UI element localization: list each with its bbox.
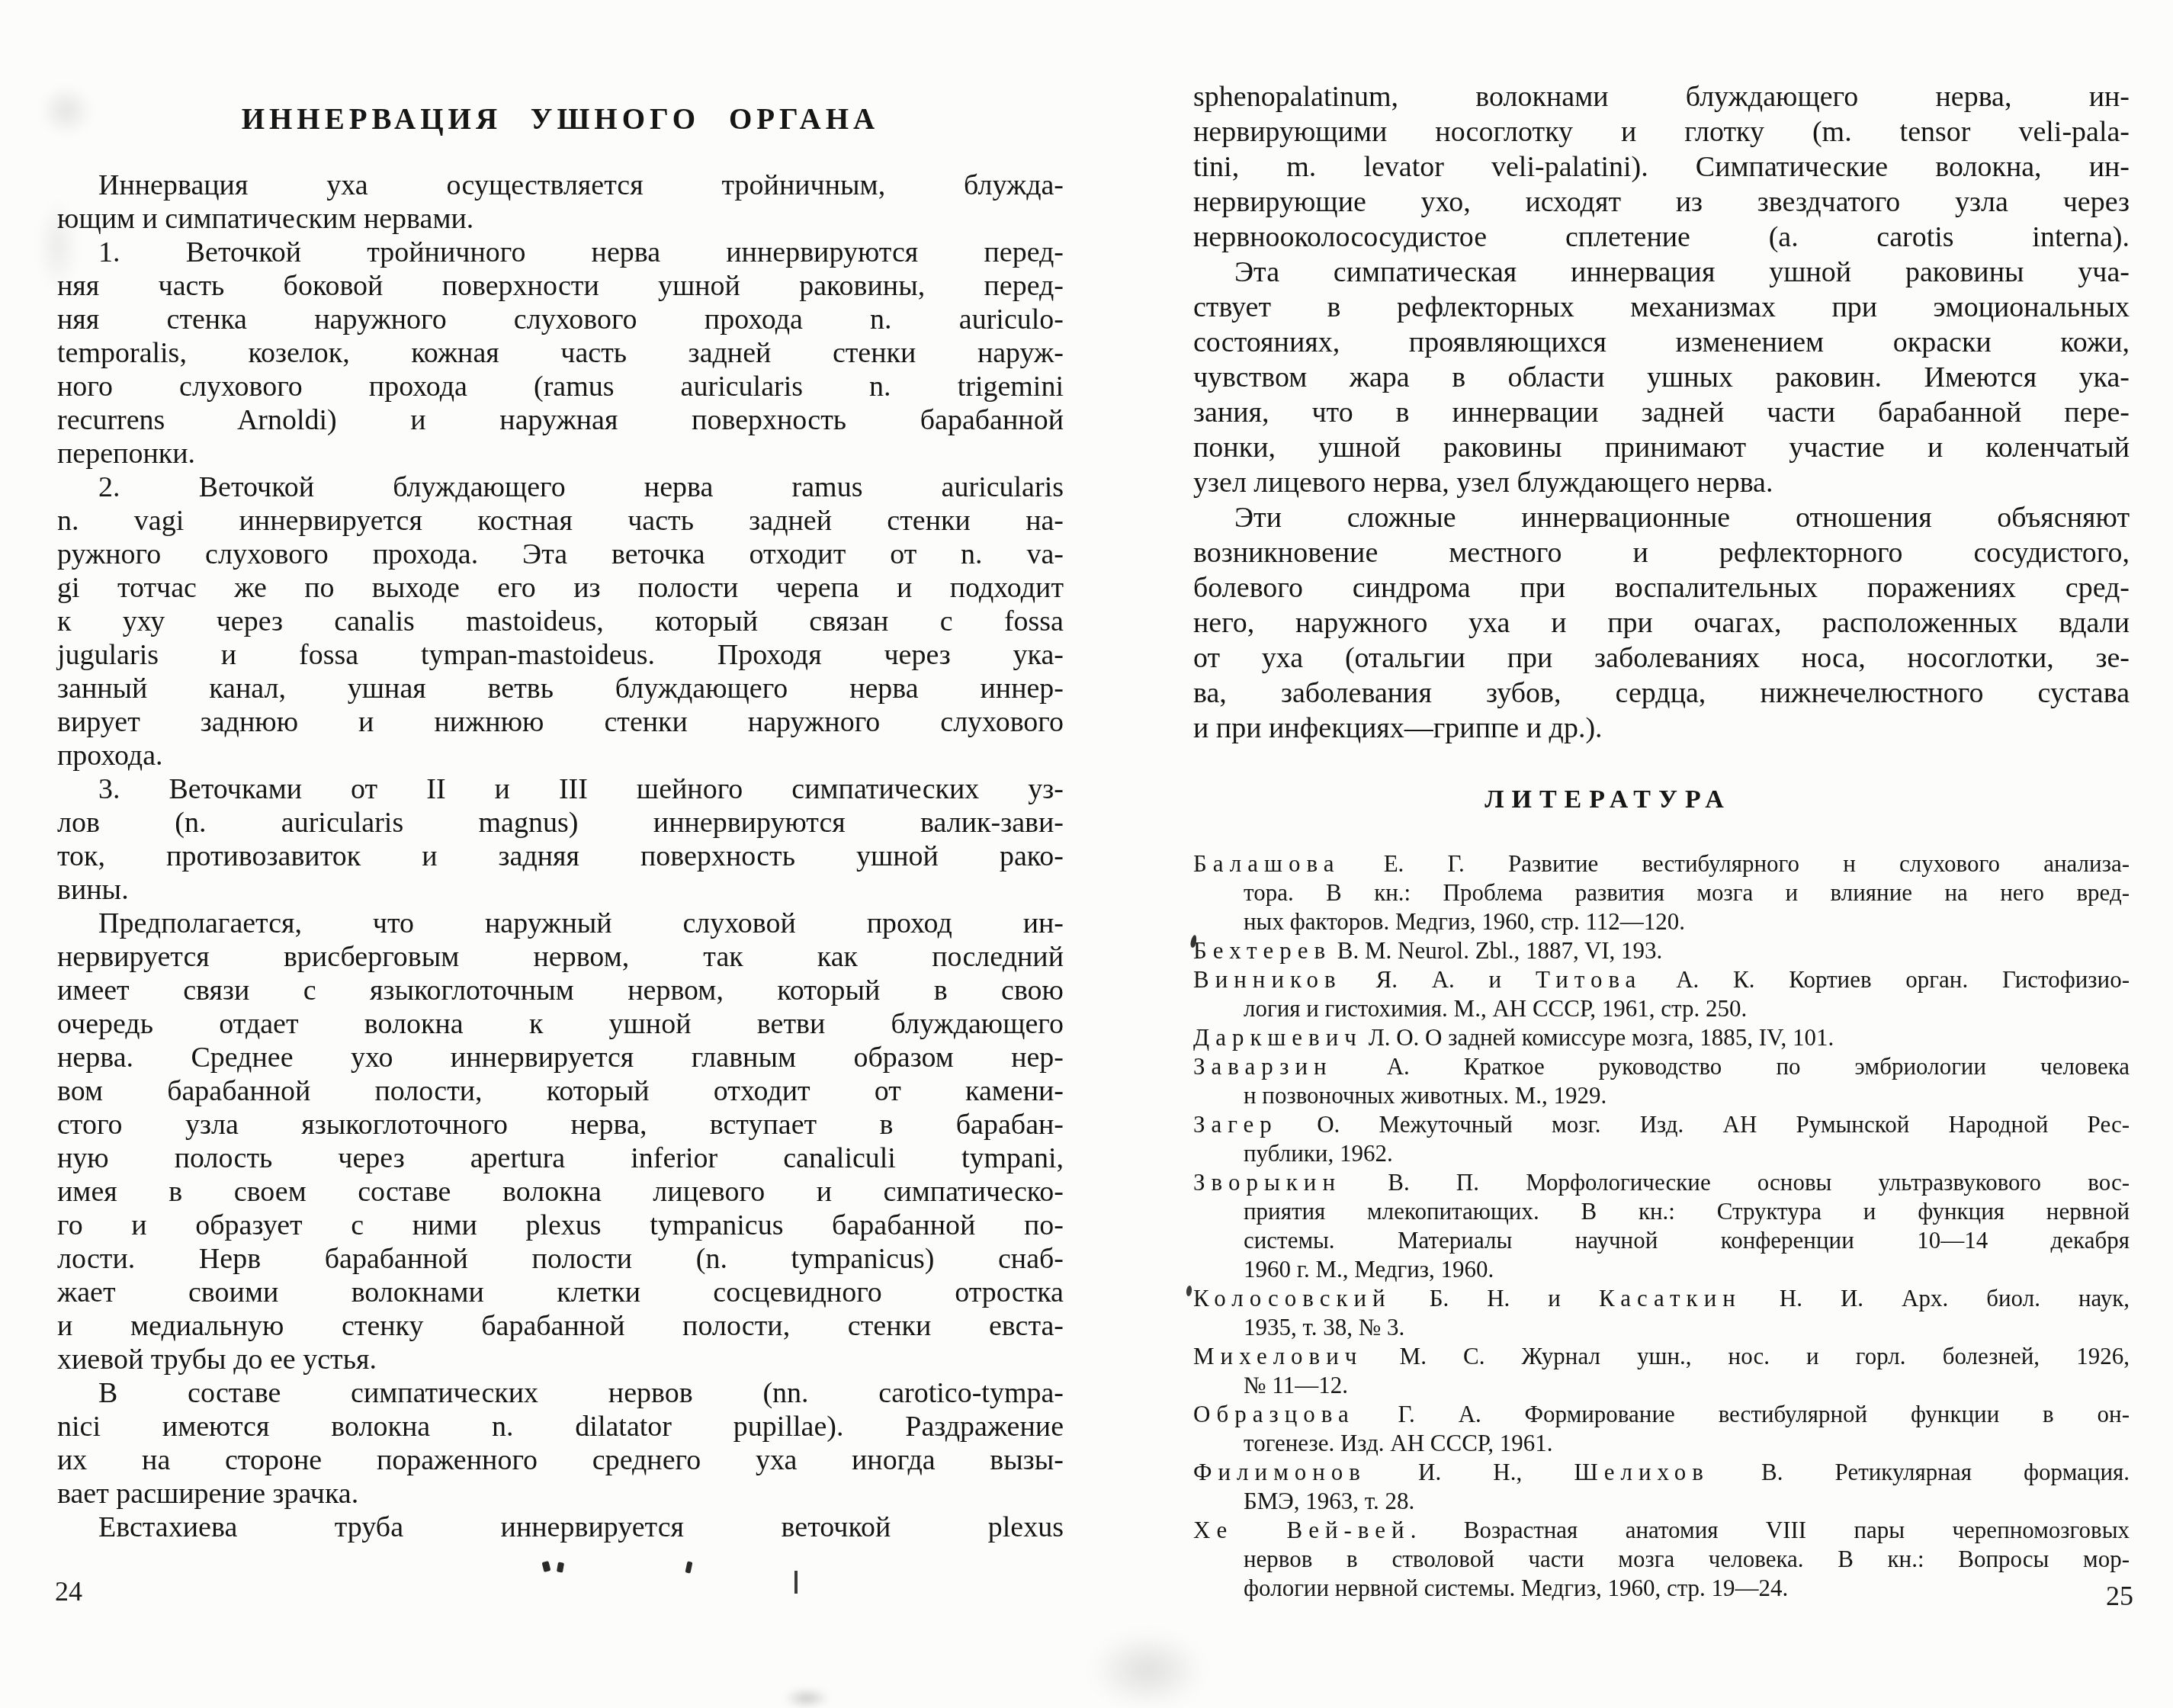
text-line: имеет связи с языкоглоточным нервом, кот… [57, 974, 1064, 1007]
text-line: Даркшевич Л. О. О задней комиссуре мозга… [1193, 1023, 2130, 1052]
page-number-left: 24 [55, 1575, 82, 1607]
text-line: 1. Веточкой тройничного нерва иннервирую… [57, 236, 1064, 269]
text-segment: возникновение местного и рефлекторного с… [1193, 537, 2130, 569]
text-line: публики, 1962. [1193, 1139, 2130, 1168]
text-segment: вает расширение зрачка. [57, 1478, 358, 1510]
text-line: ную полость через apertura inferior cana… [57, 1141, 1064, 1175]
text-segment: Я. А. и [1342, 966, 1536, 993]
text-line: ток, противозавиток и задняя поверхность… [57, 840, 1064, 873]
text-segment: sphenopalatinum, волокнами блуждающего н… [1193, 81, 2130, 113]
text-segment: 2. Веточкой блуждающего нерва ramus auri… [98, 471, 1064, 503]
text-segment: recurrens Arnoldi) и наружная поверхност… [57, 404, 1064, 436]
text-line: БМЭ, 1963, т. 28. [1193, 1487, 2130, 1516]
text-line: вирует заднюю и нижнюю стенки наружного … [57, 705, 1064, 739]
text-segment: прохода. [57, 740, 163, 772]
text-segment: Эти сложные иннервационные отношения объ… [1234, 502, 2130, 534]
text-segment: приятия млекопитающих. В кн.: Структура … [1244, 1198, 2130, 1225]
text-segment: 1960 г. М., Медгиз, 1960. [1244, 1256, 1494, 1283]
text-line: recurrens Arnoldi) и наружная поверхност… [57, 403, 1064, 437]
text-segment: узел лицевого нерва, узел блуждающего не… [1193, 467, 1773, 499]
text-segment: . Возрастная анатомия VIII пары черепном… [1411, 1517, 2130, 1543]
text-segment: зания, что в иннервации задней части бар… [1193, 396, 2130, 429]
text-segment: и при инфекциях—гриппе и др.). [1193, 712, 1603, 744]
text-line: жает своими волокнами клетки сосцевидног… [57, 1276, 1064, 1309]
text-segment: 3. Веточками от II и III шейного симпати… [98, 773, 1064, 805]
text-segment: № 11—12. [1244, 1372, 1348, 1398]
text-segment: нервнооколососудистое сплетение (a. caro… [1193, 221, 2130, 253]
text-line: болевого синдрома при воспалительных пор… [1193, 570, 2130, 605]
author-name: Хе Вей-вей [1193, 1517, 1411, 1543]
text-line: стого узла языкоглоточного нерва, вступа… [57, 1108, 1064, 1141]
text-segment: хиевой трубы до ее устья. [57, 1344, 377, 1376]
left-page: ИННЕРВАЦИЯ УШНОГО ОРГАНА Иннервация уха … [57, 102, 1064, 1544]
text-segment: го и образует с ними plexus tympanicus б… [57, 1209, 1064, 1241]
text-segment: n. vagi иннервируется костная часть задн… [57, 505, 1064, 537]
text-line: nici имеются волокна n. dilatator pupill… [57, 1410, 1064, 1443]
text-segment: нервов в стволовой части мозга человека.… [1244, 1546, 2130, 1572]
text-segment: вирует заднюю и нижнюю стенки наружного … [57, 706, 1064, 738]
book-spread: ИННЕРВАЦИЯ УШНОГО ОРГАНА Иннервация уха … [0, 0, 2173, 1708]
ink-speck [557, 1562, 564, 1572]
author-name: Балашова [1193, 850, 1340, 877]
text-segment: Г. А. Формирование вестибулярной функции… [1355, 1401, 2130, 1427]
author-name: Образцова [1193, 1401, 1355, 1427]
text-segment: 1935, т. 38, № 3. [1244, 1314, 1404, 1340]
text-segment: системы. Материалы научной конференции 1… [1244, 1227, 2130, 1254]
text-line: № 11—12. [1193, 1371, 2130, 1400]
text-line: нервирующие ухо, исходят из звездчатого … [1193, 185, 2130, 220]
text-segment: занный канал, ушная ветвь блуждающего не… [57, 673, 1064, 705]
text-segment: ружного слухового прохода. Эта веточка о… [57, 538, 1064, 570]
text-segment: tini, m. levator veli-palatini). Симпати… [1193, 151, 2130, 183]
text-segment: В. П. Морфологические основы ультразвуко… [1341, 1169, 2130, 1196]
text-segment: нервирующие ухо, исходят из звездчатого … [1193, 186, 2130, 218]
text-line: тогенезе. Изд. АН СССР, 1961. [1193, 1429, 2130, 1458]
author-name: Зворыкин [1193, 1169, 1341, 1196]
text-line: понки, ушной раковины принимают участие … [1193, 430, 2130, 465]
text-line: 1935, т. 38, № 3. [1193, 1313, 2130, 1342]
text-segment: ствует в рефлекторных механизмах при эмо… [1193, 291, 2130, 323]
text-segment: няя стенка наружного слухового прохода n… [57, 303, 1064, 335]
text-line: 2. Веточкой блуждающего нерва ramus auri… [57, 470, 1064, 504]
text-line: и медиальную стенку барабанной полости, … [57, 1309, 1064, 1343]
chapter-heading: ИННЕРВАЦИЯ УШНОГО ОРГАНА [57, 102, 1064, 136]
author-name: Касаткин [1599, 1285, 1741, 1311]
text-line: приятия млекопитающих. В кн.: Структура … [1193, 1197, 2130, 1226]
text-line: няя стенка наружного слухового прохода n… [57, 303, 1064, 336]
text-segment: В составе симпатических нервов (nn. caro… [98, 1377, 1064, 1409]
text-line: Евстахиева труба иннервируется веточкой … [57, 1511, 1064, 1544]
literature-heading: ЛИТЕРАТУРА [1193, 785, 2130, 814]
text-segment: очередь отдает волокна к ушной ветви блу… [57, 1008, 1064, 1040]
author-name: Шелихов [1574, 1459, 1709, 1485]
text-segment: gi тотчас же по выходе его из полости че… [57, 572, 1064, 604]
text-segment: Иннервация уха осуществляется тройничным… [98, 169, 1064, 201]
author-name: Титова [1536, 966, 1642, 993]
text-line: чувством жара в области ушных раковин. И… [1193, 360, 2130, 395]
text-line: занный канал, ушная ветвь блуждающего не… [57, 672, 1064, 705]
text-segment: ную полость через apertura inferior cana… [57, 1142, 1064, 1174]
text-line: Филимонов И. Н., Шелихов В. Ретикулярная… [1193, 1458, 2130, 1487]
text-line: tini, m. levator veli-palatini). Симпати… [1193, 149, 2130, 185]
text-segment: nici имеются волокна n. dilatator pupill… [57, 1411, 1064, 1443]
text-line: В составе симпатических нервов (nn. caro… [57, 1376, 1064, 1410]
text-line: sphenopalatinum, волокнами блуждающего н… [1193, 79, 2130, 114]
text-segment: лости. Нерв барабанной полости (n. tympa… [57, 1243, 1064, 1275]
text-line: лости. Нерв барабанной полости (n. tympa… [57, 1242, 1064, 1276]
text-line: ва, заболевания зубов, сердца, нижнечелю… [1193, 676, 2130, 711]
text-line: нервируется врисберговым нервом, так как… [57, 940, 1064, 974]
text-segment: нерва. Среднее ухо иннервируется главным… [57, 1042, 1064, 1074]
text-segment: публики, 1962. [1244, 1140, 1393, 1167]
text-segment: понки, ушной раковины принимают участие … [1193, 432, 2130, 464]
text-segment: нервирующими носоглотку и глотку (m. ten… [1193, 116, 2130, 148]
text-line: ружного слухового прохода. Эта веточка о… [57, 538, 1064, 571]
text-segment: нервируется врисберговым нервом, так как… [57, 941, 1064, 973]
text-line: него, наружного уха и при очагах, распол… [1193, 605, 2130, 640]
text-line: Балашова Е. Г. Развитие вестибулярного н… [1193, 849, 2130, 878]
text-line: Иннервация уха осуществляется тройничным… [57, 169, 1064, 202]
text-line: го и образует с ними plexus tympanicus б… [57, 1209, 1064, 1242]
text-segment: ющим и симпатическим нервами. [57, 203, 473, 235]
text-segment: Евстахиева труба иннервируется веточкой … [98, 1511, 1064, 1543]
text-segment: к уху через canalis mastoideus, который … [57, 605, 1064, 637]
text-segment: 1. Веточкой тройничного нерва иннервирую… [98, 236, 1064, 268]
author-name: Винников [1193, 966, 1342, 993]
text-segment: вины. [57, 874, 129, 906]
text-segment: их на стороне пораженного среднего уха и… [57, 1444, 1064, 1476]
text-segment: чувством жара в области ушных раковин. И… [1193, 361, 2130, 393]
text-line: перепонки. [57, 437, 1064, 470]
text-segment: ток, противозавиток и задняя поверхность… [57, 840, 1064, 872]
text-line: вом барабанной полости, который отходит … [57, 1074, 1064, 1108]
text-segment: Л. О. О задней комиссуре мозга, 1885, IV… [1363, 1024, 1834, 1051]
text-segment: Эта симпатическая иннервация ушной раков… [1234, 256, 2130, 288]
text-line: Заварзин А. Краткое руководство по эмбри… [1193, 1052, 2130, 1081]
text-line: temporalis, козелок, кожная часть задней… [57, 336, 1064, 370]
text-segment: ных факторов. Медгиз, 1960, стр. 112—120… [1244, 908, 1685, 935]
ink-speck [542, 1561, 551, 1572]
page-number-right: 25 [2074, 1580, 2133, 1612]
right-page: sphenopalatinum, волокнами блуждающего н… [1193, 79, 2130, 1603]
text-line: н позвоночных животных. М., 1929. [1193, 1081, 2130, 1110]
scan-smudge [784, 1688, 830, 1708]
text-line: 1960 г. М., Медгиз, 1960. [1193, 1255, 2130, 1284]
text-line: Зворыкин В. П. Морфологические основы ул… [1193, 1168, 2130, 1197]
text-segment: болевого синдрома при воспалительных пор… [1193, 572, 2130, 604]
text-line: очередь отдает волокна к ушной ветви блу… [57, 1007, 1064, 1041]
text-segment: логия и гистохимия. М., АН СССР, 1961, с… [1244, 995, 1747, 1022]
text-line: Эти сложные иннервационные отношения объ… [1193, 500, 2130, 535]
text-line: няя часть боковой поверхности ушной рако… [57, 269, 1064, 303]
text-line: Колосовский Б. Н. и Касаткин Н. И. Арх. … [1193, 1284, 2130, 1313]
text-segment: А. К. Кортиев орган. Гистофизио- [1642, 966, 2130, 993]
text-line: Винников Я. А. и Титова А. К. Кортиев ор… [1193, 965, 2130, 994]
text-line: нервирующими носоглотку и глотку (m. ten… [1193, 114, 2130, 149]
author-name: Бехтерев [1193, 937, 1331, 964]
text-line: jugularis и fossa tympan-mastoideus. Про… [57, 638, 1064, 672]
text-segment: имеет связи с языкоглоточным нервом, кот… [57, 974, 1064, 1006]
text-segment: temporalis, козелок, кожная часть задней… [57, 337, 1064, 369]
author-name: Заварзин [1193, 1053, 1333, 1080]
text-line: нервов в стволовой части мозга человека.… [1193, 1545, 2130, 1574]
text-segment: тогенезе. Изд. АН СССР, 1961. [1244, 1430, 1552, 1456]
text-line: имея в своем составе волокна лицевого и … [57, 1175, 1064, 1209]
right-page-body: sphenopalatinum, волокнами блуждающего н… [1193, 79, 2130, 746]
text-segment: перепонки. [57, 438, 195, 470]
text-line: лов (n. auricularis magnus) иннервируютс… [57, 806, 1064, 840]
scan-smudge [1090, 1632, 1205, 1708]
text-line: ющим и симпатическим нервами. [57, 202, 1064, 236]
text-line: n. vagi иннервируется костная часть задн… [57, 504, 1064, 538]
text-segment: няя часть боковой поверхности ушной рако… [57, 270, 1064, 302]
text-segment: него, наружного уха и при очагах, распол… [1193, 607, 2130, 639]
left-page-body: Иннервация уха осуществляется тройничным… [57, 169, 1064, 1544]
ink-speck [794, 1571, 798, 1594]
text-line: от уха (отальгии при заболеваниях носа, … [1193, 640, 2130, 676]
text-line: и при инфекциях—гриппе и др.). [1193, 711, 2130, 746]
text-segment: И. Н., [1366, 1459, 1574, 1485]
text-line: вает расширение зрачка. [57, 1477, 1064, 1511]
text-segment: жает своими волокнами клетки сосцевидног… [57, 1276, 1064, 1308]
text-line: состояниях, проявляющихся изменением окр… [1193, 325, 2130, 360]
text-line: Загер О. Межуточный мозг. Изд. АН Румынс… [1193, 1110, 2130, 1139]
text-segment: О. Межуточный мозг. Изд. АН Румынской На… [1278, 1111, 2130, 1138]
text-line: gi тотчас же по выходе его из полости че… [57, 571, 1064, 605]
ink-speck [685, 1561, 693, 1573]
text-line: к уху через canalis mastoideus, который … [57, 605, 1064, 638]
text-segment: стого узла языкоглоточного нерва, вступа… [57, 1109, 1064, 1141]
text-line: Образцова Г. А. Формирование вестибулярн… [1193, 1400, 2130, 1429]
text-line: вины. [57, 873, 1064, 907]
text-line: их на стороне пораженного среднего уха и… [57, 1443, 1064, 1477]
text-segment: Б. Н. и [1391, 1285, 1599, 1311]
author-name: Филимонов [1193, 1459, 1366, 1485]
text-segment: Предполагается, что наружный слуховой пр… [98, 907, 1064, 939]
text-line: нервнооколососудистое сплетение (a. caro… [1193, 220, 2130, 255]
text-line: Бехтерев В. М. Neurol. Zbl., 1887, VI, 1… [1193, 936, 2130, 965]
text-segment: тора. В кн.: Проблема развития мозга и в… [1244, 879, 2130, 906]
text-line: узел лицевого нерва, узел блуждающего не… [1193, 465, 2130, 500]
author-name: Колосовский [1193, 1285, 1391, 1311]
author-name: Михелович [1193, 1343, 1363, 1369]
author-name: Загер [1193, 1111, 1278, 1138]
text-segment: и медиальную стенку барабанной полости, … [57, 1310, 1064, 1342]
text-line: фологии нервной системы. Медгиз, 1960, с… [1193, 1574, 2130, 1603]
text-segment: jugularis и fossa tympan-mastoideus. Про… [57, 639, 1064, 671]
author-name: Даркшевич [1193, 1024, 1363, 1051]
text-line: Хе Вей-вей. Возрастная анатомия VIII пар… [1193, 1516, 2130, 1545]
text-segment: от уха (отальгии при заболеваниях носа, … [1193, 642, 2130, 674]
bibliography-list: Балашова Е. Г. Развитие вестибулярного н… [1193, 849, 2130, 1603]
gutter-speck [1186, 1286, 1192, 1297]
text-line: прохода. [57, 739, 1064, 772]
text-line: тора. В кн.: Проблема развития мозга и в… [1193, 878, 2130, 907]
text-segment: имея в своем составе волокна лицевого и … [57, 1176, 1064, 1208]
text-segment: БМЭ, 1963, т. 28. [1244, 1488, 1414, 1514]
text-line: возникновение местного и рефлекторного с… [1193, 535, 2130, 570]
text-segment: лов (n. auricularis magnus) иннервируютс… [57, 807, 1064, 839]
text-segment: А. Краткое руководство по эмбриологии че… [1333, 1053, 2130, 1080]
text-segment: ного слухового прохода (ramus auriculari… [57, 371, 1064, 403]
text-line: нерва. Среднее ухо иннервируется главным… [57, 1041, 1064, 1074]
text-segment: состояниях, проявляющихся изменением окр… [1193, 326, 2130, 358]
text-segment: М. С. Журнал ушн., нос. и горл. болезней… [1363, 1343, 2130, 1369]
text-segment: В. Ретикулярная формация. [1709, 1459, 2130, 1485]
text-segment: В. М. Neurol. Zbl., 1887, VI, 193. [1331, 937, 1662, 964]
text-segment: Е. Г. Развитие вестибулярного н слуховог… [1340, 850, 2130, 877]
text-line: Предполагается, что наружный слуховой пр… [57, 907, 1064, 940]
text-line: ных факторов. Медгиз, 1960, стр. 112—120… [1193, 907, 2130, 936]
text-segment: фологии нервной системы. Медгиз, 1960, с… [1244, 1575, 1788, 1601]
text-line: зания, что в иннервации задней части бар… [1193, 395, 2130, 430]
text-line: Эта симпатическая иннервация ушной раков… [1193, 255, 2130, 290]
text-line: Михелович М. С. Журнал ушн., нос. и горл… [1193, 1342, 2130, 1371]
text-segment: н позвоночных животных. М., 1929. [1244, 1082, 1606, 1109]
text-line: ного слухового прохода (ramus auriculari… [57, 370, 1064, 403]
text-line: хиевой трубы до ее устья. [57, 1343, 1064, 1376]
text-line: системы. Материалы научной конференции 1… [1193, 1226, 2130, 1255]
text-line: логия и гистохимия. М., АН СССР, 1961, с… [1193, 994, 2130, 1023]
text-line: 3. Веточками от II и III шейного симпати… [57, 772, 1064, 806]
text-segment: вом барабанной полости, который отходит … [57, 1075, 1064, 1107]
text-segment: Н. И. Арх. биол. наук, [1741, 1285, 2130, 1311]
text-segment: ва, заболевания зубов, сердца, нижнечелю… [1193, 677, 2130, 709]
text-line: ствует в рефлекторных механизмах при эмо… [1193, 290, 2130, 325]
